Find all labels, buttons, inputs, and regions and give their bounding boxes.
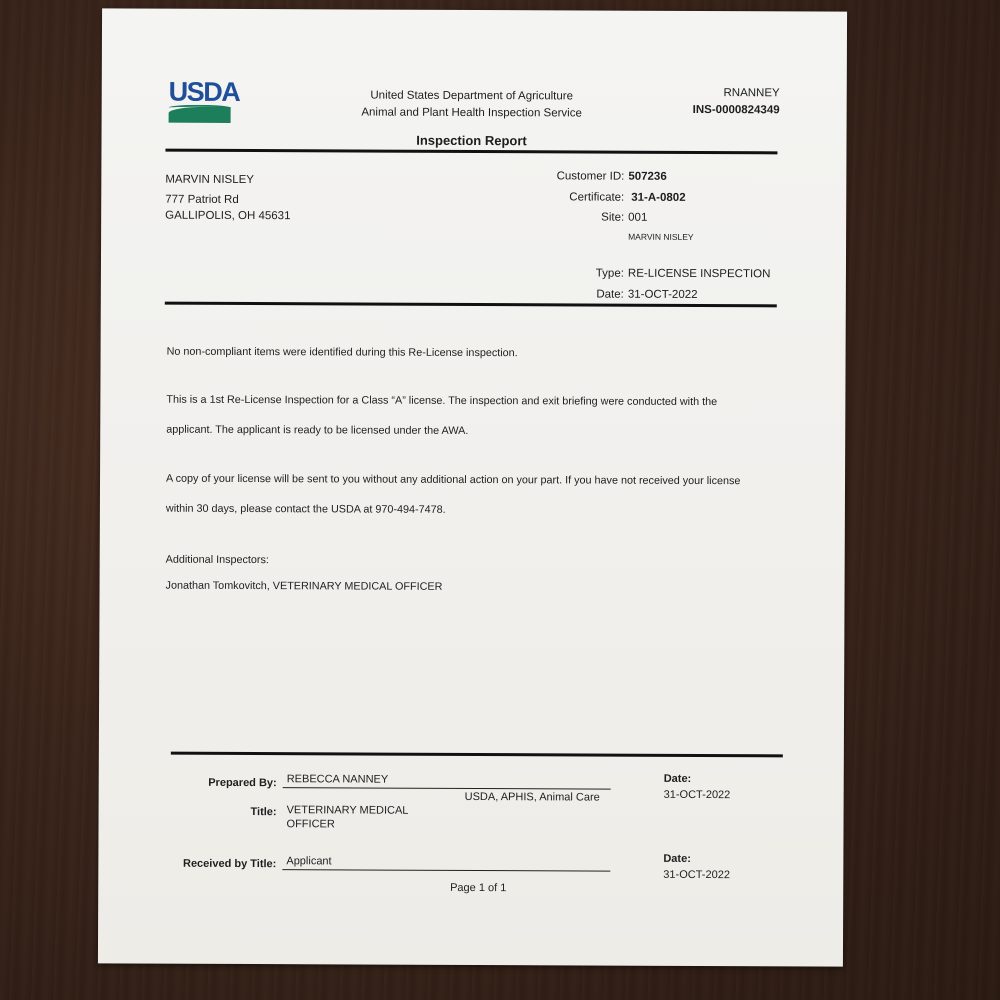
site-label: Site:	[521, 211, 624, 223]
address-line-1: 777 Patriot Rd	[165, 192, 290, 209]
additional-inspectors: Additional Inspectors: Jonathan Tomkovit…	[166, 547, 766, 602]
date-label: Date:	[521, 288, 624, 300]
page-number: Page 1 of 1	[418, 882, 538, 895]
contact-paragraph: A copy of your license will be sent to y…	[166, 464, 786, 527]
site-name: MARVIN NISLEY	[628, 232, 694, 242]
site-value: 001	[628, 212, 647, 224]
compliance-statement: No non-compliant items were identified d…	[167, 337, 767, 370]
received-date-value: 31-OCT-2022	[663, 869, 730, 881]
received-by-value: Applicant	[286, 855, 331, 867]
received-date-label: Date:	[663, 853, 691, 865]
preparer-title-line-1: VETERINARY MEDICAL	[287, 803, 409, 818]
inspection-meta: Customer ID: 507236 Certificate: 31-A-08…	[521, 170, 781, 171]
usda-logo: USDA	[169, 77, 231, 125]
agency-line-2: Animal and Plant Health Inspection Servi…	[332, 104, 612, 122]
preparer-title: VETERINARY MEDICAL OFFICER	[286, 803, 408, 832]
date-value: 31-OCT-2022	[628, 289, 698, 301]
prepared-by-label: Prepared By:	[159, 777, 277, 790]
agency-name: United States Department of Agriculture …	[332, 87, 612, 122]
signature-divider	[171, 752, 783, 758]
certificate-value: 31-A-0802	[631, 192, 685, 204]
prepared-date-label: Date:	[664, 773, 692, 785]
prepared-by-signature-line	[283, 787, 611, 789]
license-paragraph-line-1: This is a 1st Re-License Inspection for …	[166, 385, 766, 418]
inspection-id: INS-0000824349	[662, 102, 780, 120]
inspection-report-page: USDA United States Department of Agricul…	[98, 8, 847, 966]
usda-logo-field-icon	[169, 107, 231, 123]
prepared-date-value: 31-OCT-2022	[664, 789, 731, 801]
certificate-label: Certificate:	[521, 191, 624, 203]
title-label: Title:	[159, 806, 277, 819]
customer-id-label: Customer ID:	[521, 170, 624, 182]
license-paragraph-line-2: applicant. The applicant is ready to be …	[166, 415, 766, 448]
agency-line-1: United States Department of Agriculture	[332, 87, 612, 105]
additional-inspector-name: Jonathan Tomkovitch, VETERINARY MEDICAL …	[166, 573, 766, 602]
received-by-label: Received by Title:	[158, 858, 276, 871]
usda-logo-text: USDA	[169, 77, 240, 108]
received-by-signature-line	[282, 869, 610, 871]
type-value: RE-LICENSE INSPECTION	[628, 268, 771, 281]
customer-address: MARVIN NISLEY 777 Patriot Rd GALLIPOLIS,…	[165, 172, 291, 225]
customer-name: MARVIN NISLEY	[165, 172, 290, 189]
license-paragraph: This is a 1st Re-License Inspection for …	[166, 385, 766, 448]
header-divider	[165, 149, 777, 155]
inspection-reference: RNANNEY INS-0000824349	[662, 85, 780, 120]
type-label: Type:	[521, 267, 624, 279]
inspector-code: RNANNEY	[662, 85, 780, 103]
additional-inspectors-label: Additional Inspectors:	[166, 547, 766, 576]
preparer-title-line-2: OFFICER	[286, 817, 408, 832]
address-line-2: GALLIPOLIS, OH 45631	[165, 208, 290, 225]
contact-paragraph-line-2: within 30 days, please contact the USDA …	[166, 494, 786, 527]
contact-paragraph-line-1: A copy of your license will be sent to y…	[166, 464, 786, 497]
prepared-by-name: REBECCA NANNEY	[287, 773, 389, 785]
customer-id-value: 507236	[628, 171, 666, 183]
meta-divider	[165, 302, 777, 308]
report-title: Inspection Report	[351, 132, 591, 148]
prepared-by-organization: USDA, APHIS, Animal Care	[465, 791, 600, 804]
